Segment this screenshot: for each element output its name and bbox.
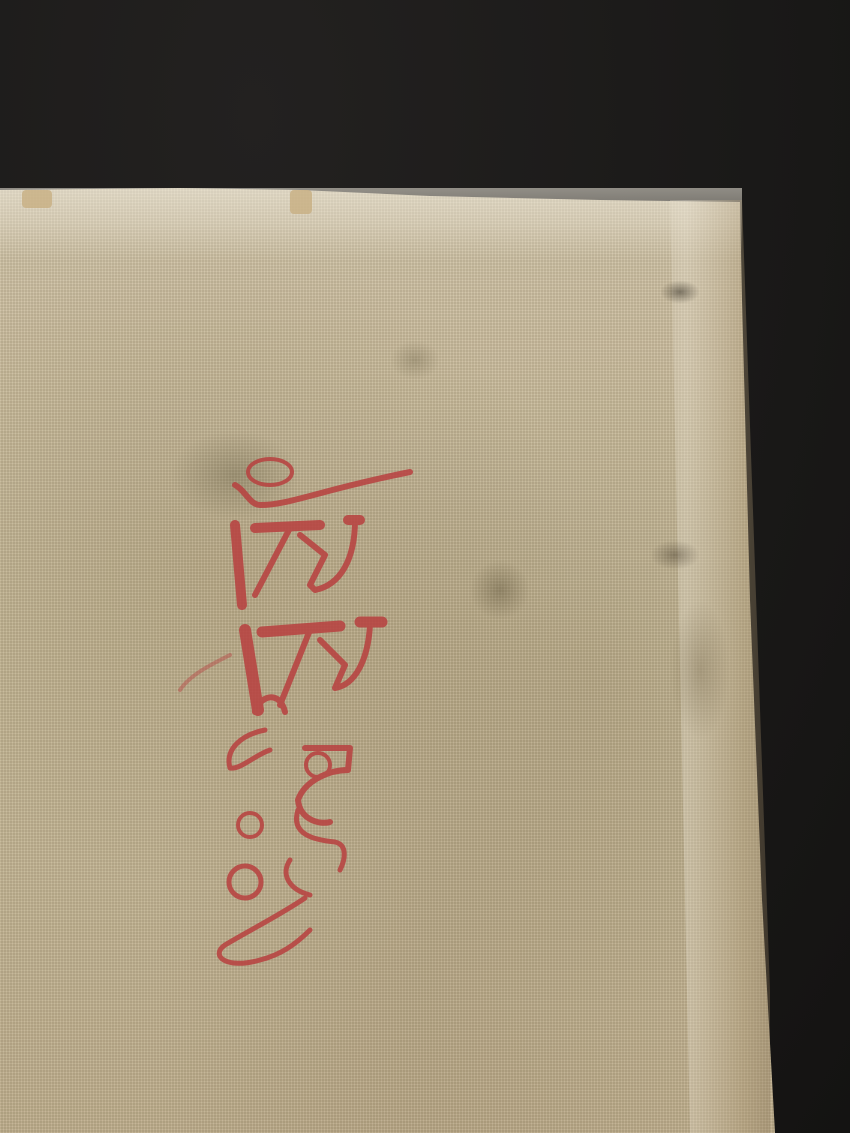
tape-residue [290,190,312,214]
stain [390,340,440,380]
inscription-strokes [170,450,430,990]
stain [660,280,700,304]
red-tibetan-inscription: ཨོཾ་ཨཱཿཧཱུྃ [170,450,430,990]
stain [650,540,700,570]
tape-residue [22,190,52,208]
stain [470,560,530,620]
canvas-top-edge-wear [0,188,742,258]
stain [670,600,730,740]
